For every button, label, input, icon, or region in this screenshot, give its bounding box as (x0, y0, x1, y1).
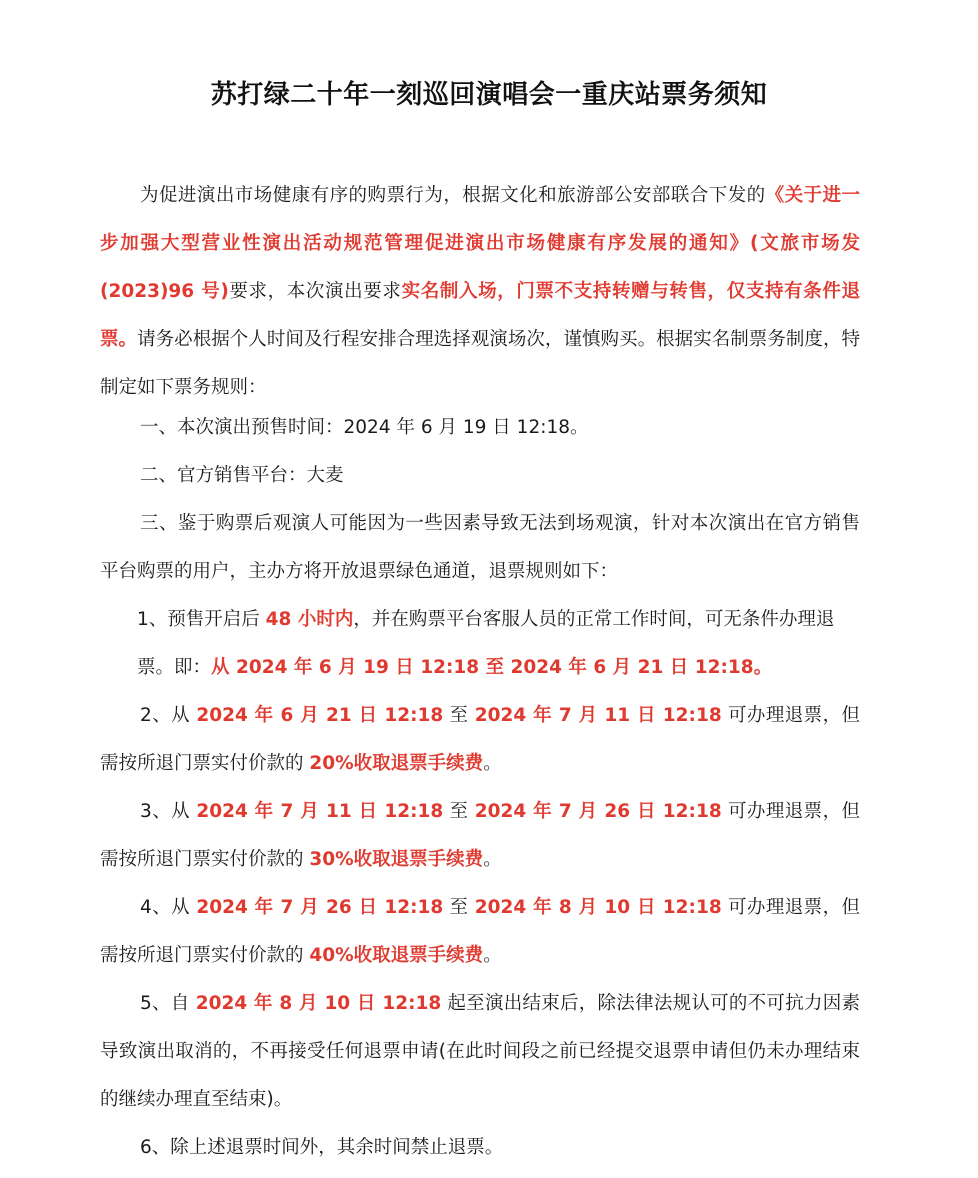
rule-4-to: 至 (443, 897, 475, 918)
rule-1-dates: 从 2024 年 6 月 19 日 12:18 至 2024 年 6 月 21 … (211, 657, 772, 678)
refund-rule-1: 1、预售开启后 48 小时内，并在购票平台客服人员的正常工作时间，可无条件办理退… (137, 596, 860, 692)
rule-3-to: 至 (443, 801, 475, 822)
section-refund-intro: 三、鉴于购票后观演人可能因为一些因素导致无法到场观演，针对本次演出在官方销售平台… (100, 500, 860, 596)
rule-2-fee: 20%收取退票手续费 (309, 753, 483, 774)
rule-4-fee: 40%收取退票手续费 (309, 945, 483, 966)
refund-rule-4: 4、从 2024 年 7 月 26 日 12:18 至 2024 年 8 月 1… (100, 884, 860, 980)
rule-1-prefix: 1、预售开启后 (137, 609, 266, 630)
intro-text-1: 为促进演出市场健康有序的购票行为，根据文化和旅游部公安部联合下发的 (140, 185, 766, 206)
intro-text-3: 请务必根据个人时间及行程安排合理选择观演场次，谨慎购买。根据实名制票务制度，特制… (100, 329, 860, 398)
section-presale-time: 一、本次演出预售时间：2024 年 6 月 19 日 12:18。 (100, 404, 860, 452)
intro-paragraph: 为促进演出市场健康有序的购票行为，根据文化和旅游部公安部联合下发的《关于进一步加… (100, 172, 860, 412)
section-sales-platform: 二、官方销售平台：大麦 (100, 452, 860, 500)
refund-rule-5: 5、自 2024 年 8 月 10 日 12:18 起至演出结束后，除法律法规认… (100, 980, 860, 1124)
rule-3-end: 2024 年 7 月 26 日 12:18 (475, 801, 722, 822)
rule-3-fee: 30%收取退票手续费 (309, 849, 483, 870)
refund-rule-3: 3、从 2024 年 7 月 11 日 12:18 至 2024 年 7 月 2… (100, 788, 860, 884)
refund-rule-2: 2、从 2024 年 6 月 21 日 12:18 至 2024 年 7 月 1… (100, 692, 860, 788)
document-page: 苏打绿二十年一刻巡回演唱会一重庆站票务须知 为促进演出市场健康有序的购票行为，根… (0, 0, 978, 1178)
rule-4-prefix: 4、从 (140, 897, 196, 918)
rule-3-tail: 。 (483, 849, 502, 870)
intro-text-2: 要求，本次演出要求 (229, 281, 402, 302)
rule-2-end: 2024 年 7 月 11 日 12:18 (475, 705, 722, 726)
rule-2-to: 至 (443, 705, 475, 726)
rule-3-start: 2024 年 7 月 11 日 12:18 (196, 801, 443, 822)
rule-2-start: 2024 年 6 月 21 日 12:18 (196, 705, 443, 726)
refund-rule-6: 6、除上述退票时间外，其余时间禁止退票。 (100, 1124, 860, 1172)
rule-5-start: 2024 年 8 月 10 日 12:18 (196, 993, 442, 1014)
document-title: 苏打绿二十年一刻巡回演唱会一重庆站票务须知 (0, 74, 978, 111)
rule-1-window: 48 小时内 (266, 609, 354, 630)
rule-4-start: 2024 年 7 月 26 日 12:18 (196, 897, 443, 918)
rule-2-prefix: 2、从 (140, 705, 196, 726)
rule-2-tail: 。 (483, 753, 502, 774)
rule-4-tail: 。 (483, 945, 502, 966)
rule-3-prefix: 3、从 (140, 801, 196, 822)
rule-5-prefix: 5、自 (140, 993, 196, 1014)
rule-4-end: 2024 年 8 月 10 日 12:18 (475, 897, 722, 918)
